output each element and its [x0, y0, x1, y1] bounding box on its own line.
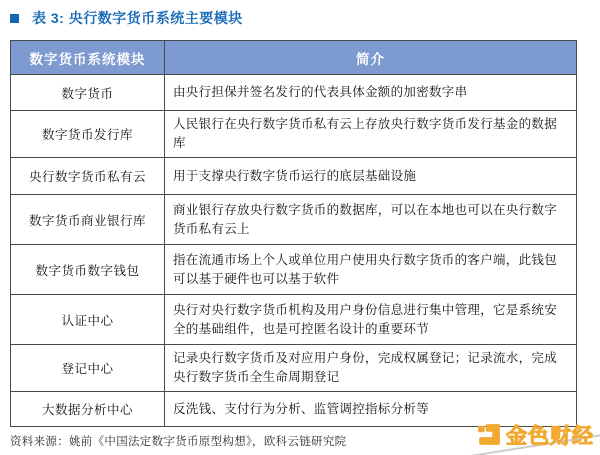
module-cell: 数字货币数字钱包 — [11, 245, 165, 295]
description-cell: 指在流通市场上个人或单位用户使用央行数字货币的客户端，此钱包可以基于硬件也可以基… — [165, 245, 577, 295]
jinse-logo-icon — [477, 423, 501, 447]
table-row: 登记中心 记录央行数字货币及对应用户身份，完成权属登记；记录流水，完成央行数字货… — [11, 345, 577, 392]
square-bullet-icon — [10, 14, 19, 23]
description-cell: 央行对央行数字货币机构及用户身份信息进行集中管理，它是系统安全的基础组件，也是可… — [165, 295, 577, 345]
description-cell: 商业银行存放央行数字货币的数据库，可以在本地也可以在央行数字货币私有云上 — [165, 195, 577, 245]
table-title-row: 表 3: 央行数字货币系统主要模块 — [10, 8, 243, 28]
table-row: 数字货币 由央行担保并签名发行的代表具体金额的加密数字串 — [11, 75, 577, 111]
column-header-description: 简介 — [165, 41, 577, 75]
module-cell: 认证中心 — [11, 295, 165, 345]
table-row: 央行数字货币私有云 用于支撑央行数字货币运行的底层基础设施 — [11, 158, 577, 195]
cbdc-modules-table: 数字货币系统模块 简介 数字货币 由央行担保并签名发行的代表具体金额的加密数字串… — [10, 40, 577, 427]
module-cell: 数字货币商业银行库 — [11, 195, 165, 245]
description-cell: 用于支撑央行数字货币运行的底层基础设施 — [165, 158, 577, 195]
table-row: 数字货币数字钱包 指在流通市场上个人或单位用户使用央行数字货币的客户端，此钱包可… — [11, 245, 577, 295]
table-row: 数字货币商业银行库 商业银行存放央行数字货币的数据库，可以在本地也可以在央行数字… — [11, 195, 577, 245]
module-cell: 央行数字货币私有云 — [11, 158, 165, 195]
description-cell: 由央行担保并签名发行的代表具体金额的加密数字串 — [165, 75, 577, 111]
table-row: 认证中心 央行对央行数字货币机构及用户身份信息进行集中管理，它是系统安全的基础组… — [11, 295, 577, 345]
source-attribution: 资料来源：姚前《中国法定数字货币原型构想》，欧科云链研究院 — [10, 433, 346, 449]
module-cell: 登记中心 — [11, 345, 165, 392]
jinse-finance-logo: 金色财经 — [477, 420, 594, 450]
table-title: 表 3: 央行数字货币系统主要模块 — [32, 8, 243, 28]
table-header-row: 数字货币系统模块 简介 — [11, 41, 577, 75]
module-cell: 大数据分析中心 — [11, 392, 165, 427]
description-cell: 人民银行在央行数字货币私有云上存放央行数字货币发行基金的数据库 — [165, 111, 577, 158]
description-cell: 记录央行数字货币及对应用户身份，完成权属登记；记录流水，完成央行数字货币全生命周… — [165, 345, 577, 392]
table-row: 数字货币发行库 人民银行在央行数字货币私有云上存放央行数字货币发行基金的数据库 — [11, 111, 577, 158]
module-cell: 数字货币 — [11, 75, 165, 111]
column-header-module: 数字货币系统模块 — [11, 41, 165, 75]
report-page: 表 3: 央行数字货币系统主要模块 数字货币系统模块 简介 数字货币 由央行担保… — [0, 0, 600, 455]
jinse-logo-text: 金色财经 — [506, 420, 594, 450]
module-cell: 数字货币发行库 — [11, 111, 165, 158]
